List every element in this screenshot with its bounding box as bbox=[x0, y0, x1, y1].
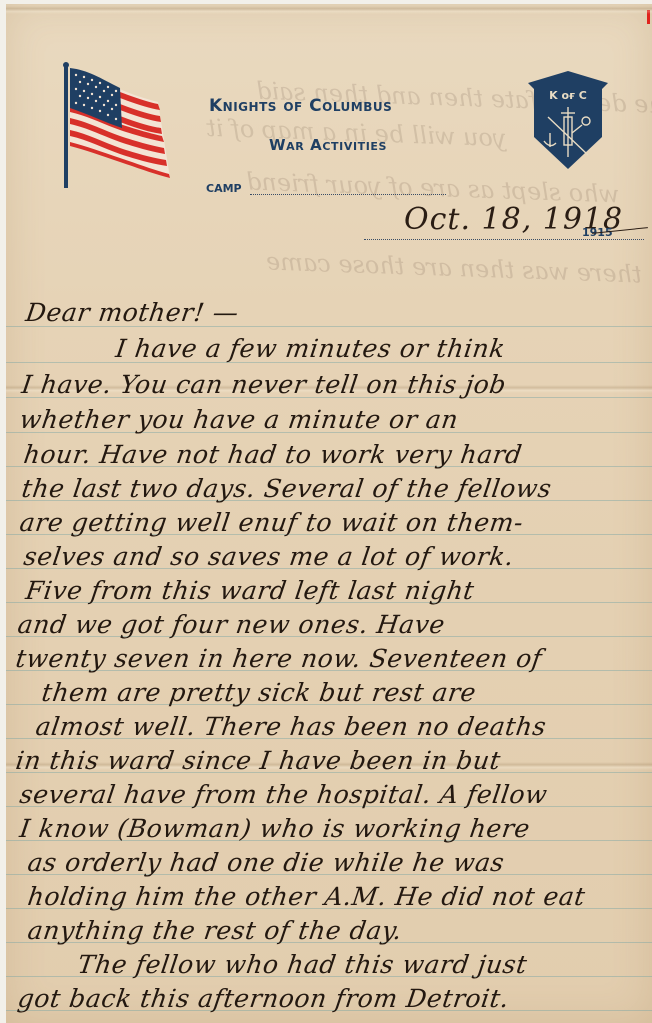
letter-line: almost well. There has been no deaths bbox=[34, 712, 652, 741]
date-field bbox=[364, 239, 644, 240]
letter-line: holding him the other A.M. He did not ea… bbox=[26, 882, 652, 911]
letter-line: anything the rest of the day. bbox=[26, 916, 652, 945]
letter-line: and we got four new ones. Have bbox=[16, 610, 652, 639]
letter-line: are getting well enuf to wait on them- bbox=[18, 508, 652, 537]
svg-text:K ᴏғ C: K ᴏғ C bbox=[549, 89, 587, 102]
letter-line: whether you have a minute or an bbox=[18, 405, 652, 434]
organization-subtitle: War Activities bbox=[269, 136, 387, 154]
letter-line: got back this afternoon from Detroit. bbox=[16, 984, 652, 1013]
letter-line: Five from this ward left last night bbox=[24, 576, 652, 605]
letter-line: I have. You can never tell on this job bbox=[20, 370, 652, 399]
letter-line: I have a few minutes or think bbox=[114, 334, 652, 363]
fold-crease bbox=[6, 6, 652, 14]
salutation: Dear mother! — bbox=[24, 298, 652, 327]
knights-of-columbus-crest-icon: K ᴏғ C bbox=[526, 69, 610, 171]
letter-page: the dead a fate then and then said you w… bbox=[6, 4, 652, 1023]
letter-line: them are pretty sick but rest are bbox=[40, 678, 652, 707]
letter-line: selves and so saves me a lot of work. bbox=[22, 542, 652, 571]
us-flag-icon bbox=[58, 62, 176, 190]
letter-line: several have from the hospital. A fellow bbox=[18, 780, 652, 809]
letter-line: the last two days. Several of the fellow… bbox=[20, 474, 652, 503]
letter-line: as orderly had one die while he was bbox=[26, 848, 652, 877]
letter-line: in this ward since I have been in but bbox=[14, 746, 652, 775]
letter-line: I know (Bowman) who is working here bbox=[18, 814, 652, 843]
letter-line: hour. Have not had to work very hard bbox=[22, 440, 652, 469]
letter-line: twenty seven in here now. Seventeen of bbox=[14, 644, 652, 673]
letter-line: The fellow who had this ward just bbox=[76, 950, 652, 979]
bleed-through-text: there was then are those came bbox=[266, 247, 643, 288]
organization-title: Knights of Columbus bbox=[209, 96, 392, 116]
camp-field bbox=[250, 194, 446, 195]
camp-label: CAMP bbox=[206, 182, 242, 195]
